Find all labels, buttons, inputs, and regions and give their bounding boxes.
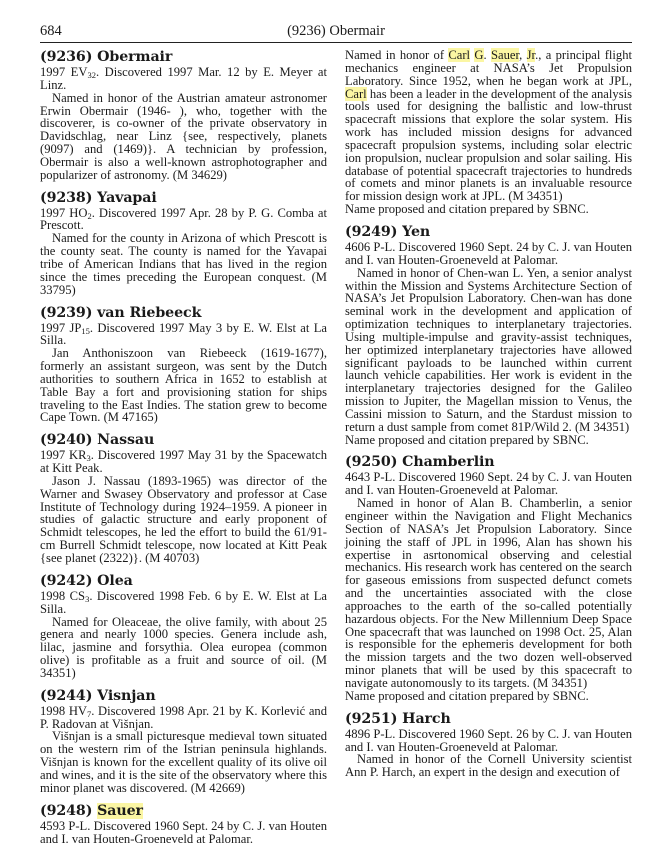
entry-heading: (9249) Yen [345,224,632,240]
entry-name: Yen [402,224,430,240]
entry-9248-continued: Named in honor of Carl G. Sauer, Jr., a … [345,49,632,216]
right-column: Named in honor of Carl G. Sauer, Jr., a … [345,49,632,787]
entry-heading: (9248) Sauer [40,803,327,819]
entry-name: Obermair [97,49,172,65]
entry-heading: (9244) Visnjan [40,688,327,704]
entry-heading: (9238) Yavapai [40,190,327,206]
entry-number: (9238) [40,190,92,206]
entry-number: (9240) [40,432,92,448]
entry-9251: (9251) Harch 4896 P-L. Discovered 1960 S… [345,711,632,779]
discovery-line: 4606 P-L. Discovered 1960 Sept. 24 by C.… [345,241,632,267]
discovery-line: 1998 HV7. Discovered 1998 Apr. 21 by K. … [40,705,327,731]
entry-number: (9236) [40,49,92,65]
discovery-line: 4593 P-L. Discovered 1960 Sept. 24 by C.… [40,820,327,846]
discovery-line: 1997 EV32. Discovered 1997 Mar. 12 by E.… [40,66,327,92]
discovery-line: 4643 P-L. Discovered 1960 Sept. 24 by C.… [345,471,632,497]
citation: Named in honor of Carl G. Sauer, Jr., a … [345,49,632,203]
credit-line: Name proposed and citation prepared by S… [345,203,632,216]
entry-heading: (9250) Chamberlin [345,454,632,470]
citation-text: has been a leader in the development of … [345,87,632,204]
entry-9238: (9238) Yavapai 1997 HO2. Discovered 1997… [40,190,327,297]
entry-number: (9239) [40,305,92,321]
entry-9250: (9250) Chamberlin 4643 P-L. Discovered 1… [345,454,632,702]
entry-9240: (9240) Nassau 1997 KR3. Discovered 1997 … [40,432,327,565]
citation: Jason J. Nassau (1893-1965) was director… [40,475,327,565]
entry-9244: (9244) Visnjan 1998 HV7. Discovered 1998… [40,688,327,795]
citation: Named for Oleaceae, the olive family, wi… [40,616,327,680]
entry-name: Olea [97,573,133,589]
entry-name: Chamberlin [402,454,494,470]
entry-heading: (9251) Harch [345,711,632,727]
entry-name: Nassau [97,432,154,448]
discovery-line: 4896 P-L. Discovered 1960 Sept. 26 by C.… [345,728,632,754]
citation: Named in honor of Chen-wan L. Yen, a sen… [345,267,632,434]
entry-9242: (9242) Olea 1998 CS3. Discovered 1998 Fe… [40,573,327,680]
entry-name: van Riebeeck [97,305,201,321]
entry-name-highlighted: Sauer [97,803,143,819]
credit-line: Name proposed and citation prepared by S… [345,690,632,703]
discovery-line: 1997 KR3. Discovered 1997 May 31 by the … [40,449,327,475]
discovery-line: 1997 HO2. Discovered 1997 Apr. 28 by P. … [40,207,327,233]
entry-name: Yavapai [97,190,156,206]
citation: Named for the county in Arizona of which… [40,232,327,296]
discovery-line: 1998 CS3. Discovered 1998 Feb. 6 by E. W… [40,590,327,616]
entry-number: (9249) [345,224,397,240]
entry-heading: (9240) Nassau [40,432,327,448]
credit-line: Name proposed and citation prepared by S… [345,434,632,447]
designation-subscript: 15 [81,326,90,336]
entry-heading: (9236) Obermair [40,49,327,65]
entry-name: Harch [402,711,451,727]
citation: Named in honor of Alan B. Chamberlin, a … [345,497,632,690]
entry-9248: (9248) Sauer 4593 P-L. Discovered 1960 S… [40,803,327,846]
citation: Višnjan is a small picturesque medieval … [40,730,327,794]
page-header: 684 (9236) Obermair [40,18,632,43]
citation: Jan Anthoniszoon van Riebeeck (1619-1677… [40,347,327,424]
running-title: (9236) Obermair [40,23,632,40]
entry-number: (9244) [40,688,92,704]
entry-number: (9242) [40,573,92,589]
citation: Named in honor of the Cornell University… [345,753,632,779]
entry-9236: (9236) Obermair 1997 EV32. Discovered 19… [40,49,327,182]
discovery-line: 1997 JP15. Discovered 1997 May 3 by E. W… [40,322,327,348]
entry-heading: (9242) Olea [40,573,327,589]
entry-name: Visnjan [97,688,155,704]
entry-heading: (9239) van Riebeeck [40,305,327,321]
entry-number: (9251) [345,711,397,727]
left-column: (9236) Obermair 1997 EV32. Discovered 19… [40,49,327,853]
entry-9239: (9239) van Riebeeck 1997 JP15. Discovere… [40,305,327,425]
entry-number: (9248) [40,803,92,819]
designation-subscript: 32 [87,70,96,80]
citation: Named in honor of the Austrian amateur a… [40,92,327,182]
entry-number: (9250) [345,454,397,470]
entry-9249: (9249) Yen 4606 P-L. Discovered 1960 Sep… [345,224,632,447]
